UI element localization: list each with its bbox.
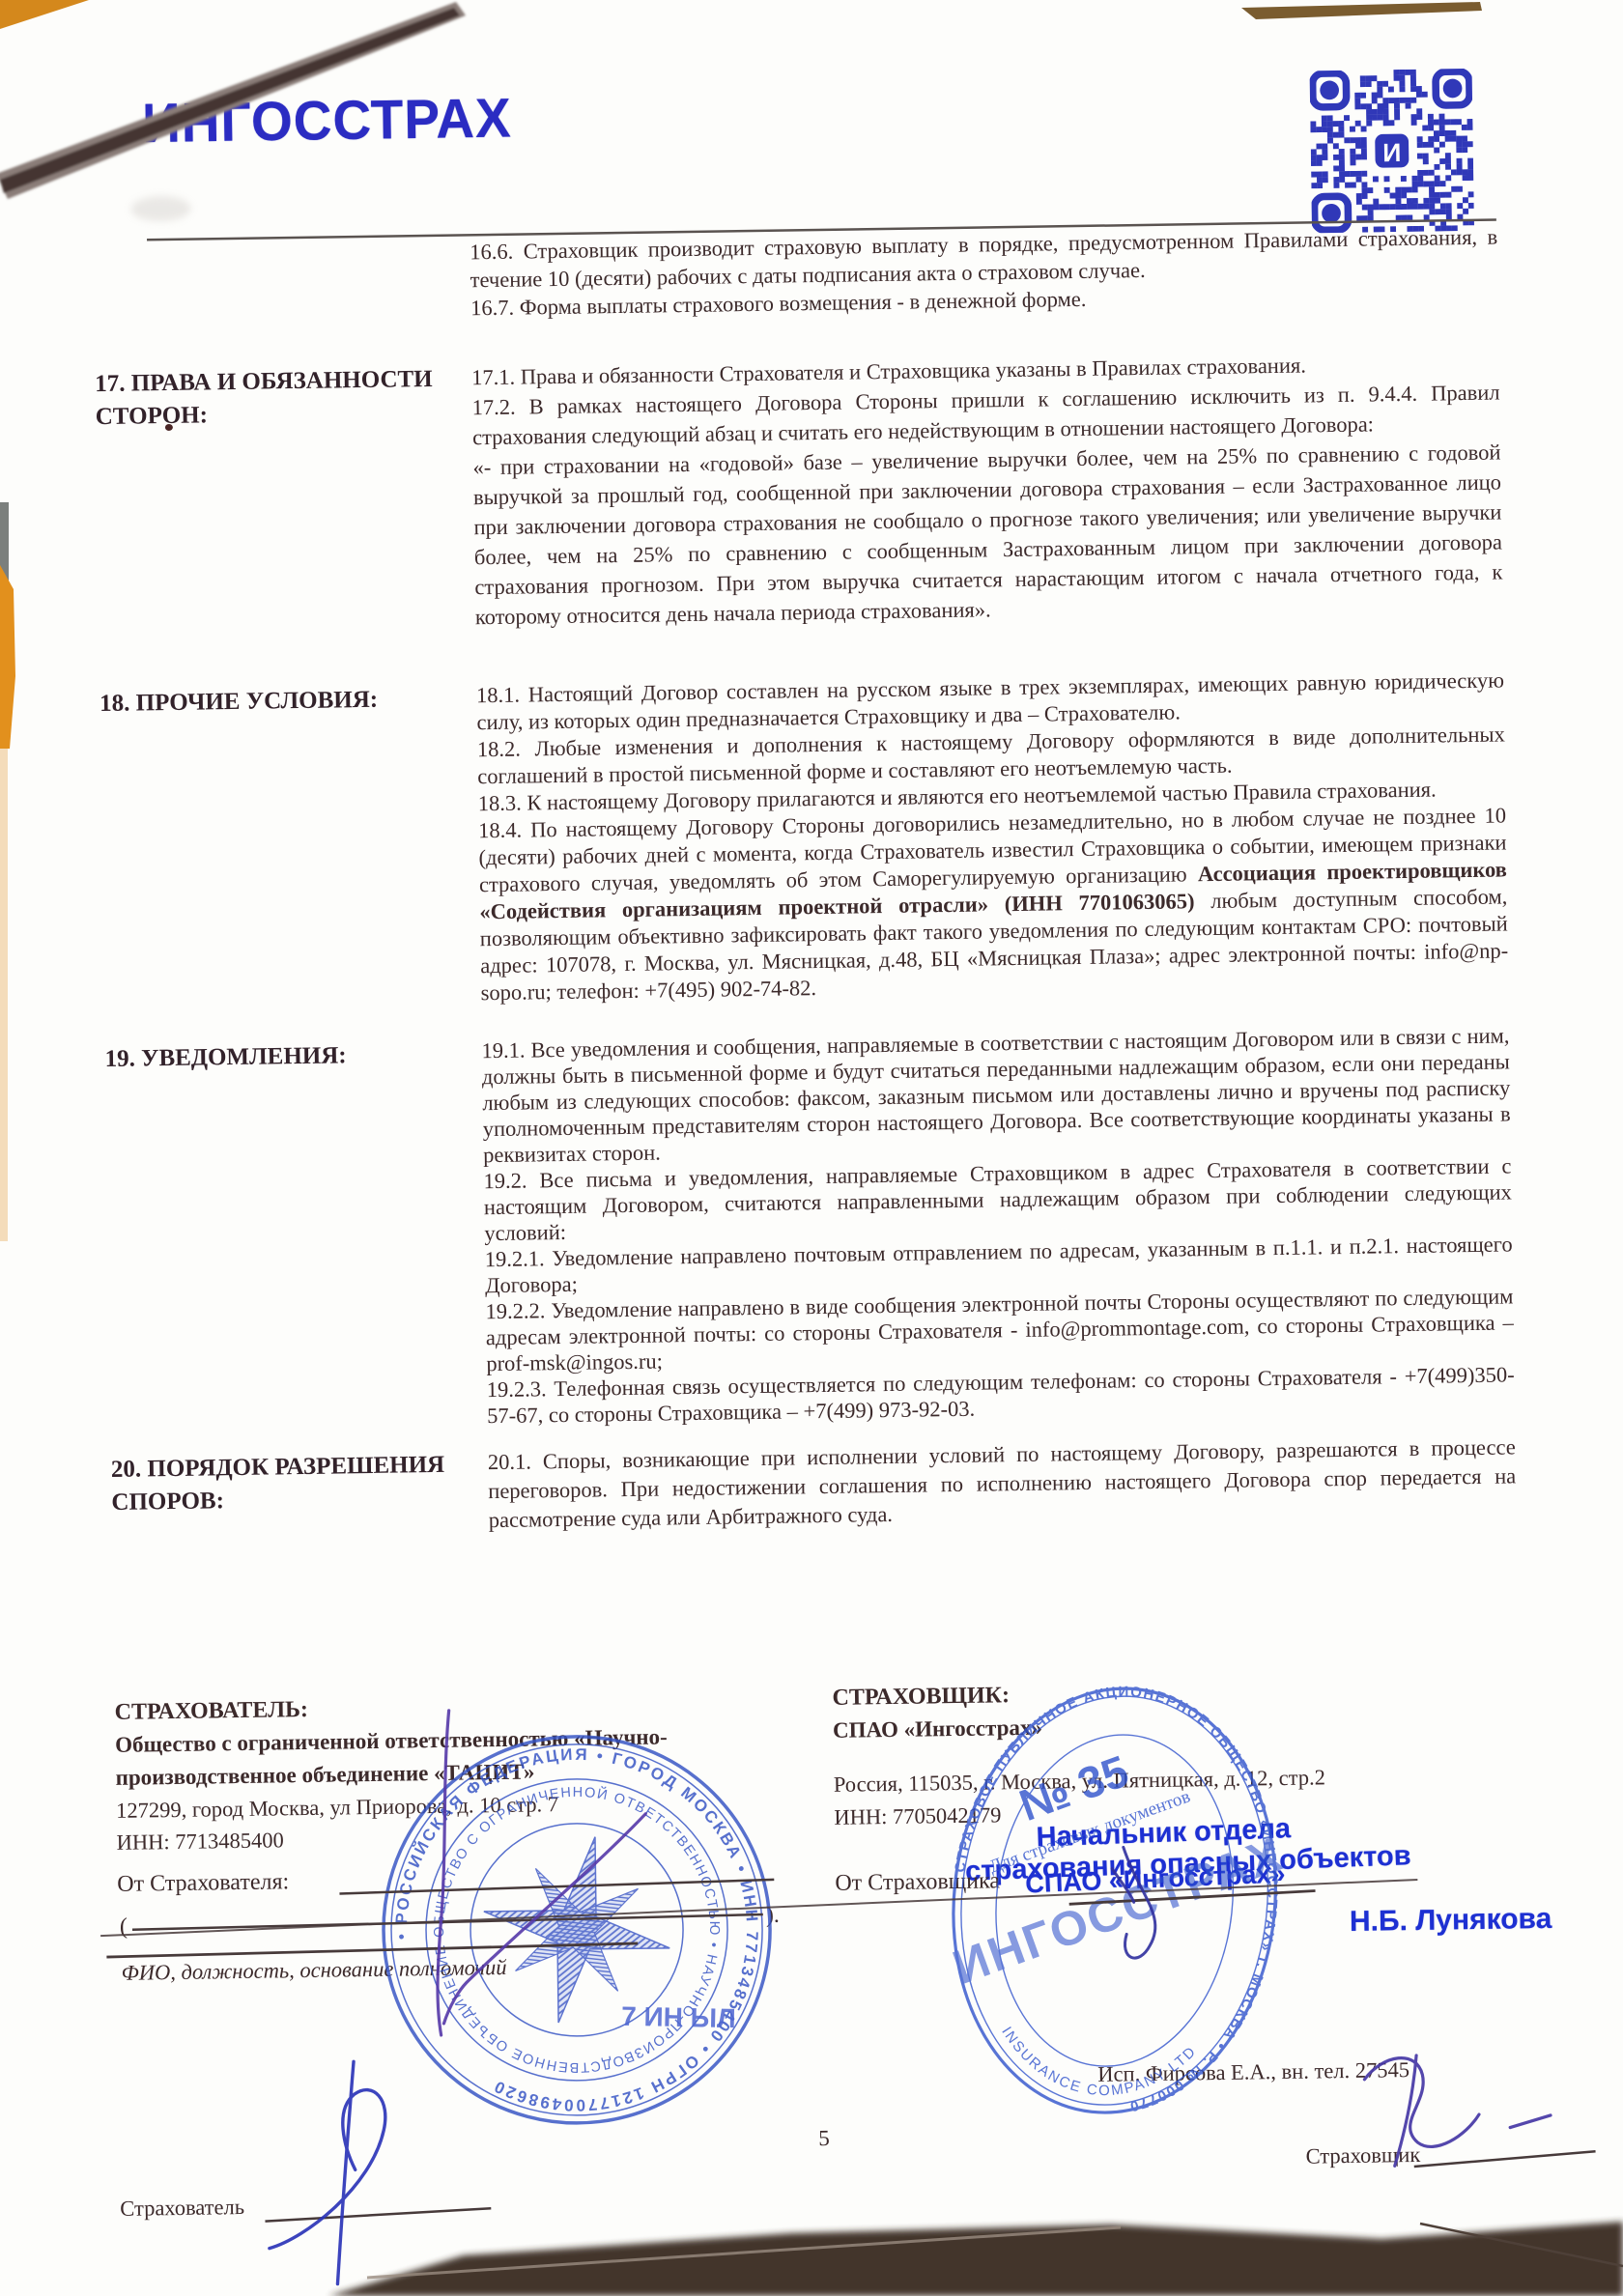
footer-insured-line [265, 2208, 491, 2221]
footer-insured-signature [267, 2061, 387, 2285]
header-separator-line [147, 220, 1496, 241]
long-pen-line [100, 1880, 1418, 1936]
page-content: ИНГОССТРАХ И [0, 0, 1623, 2296]
insured-pen-signature [434, 1708, 649, 2035]
insured-caption-line [106, 1943, 638, 1957]
footer-insurer-signature [1364, 2054, 1552, 2167]
signature-rule-lines [100, 1867, 1596, 2224]
insured-signature-line [339, 1880, 774, 1894]
footer-insurer-line [1414, 2151, 1596, 2167]
insured-paren-line [132, 1914, 763, 1930]
lines-and-signatures-layer [0, 0, 1623, 2296]
